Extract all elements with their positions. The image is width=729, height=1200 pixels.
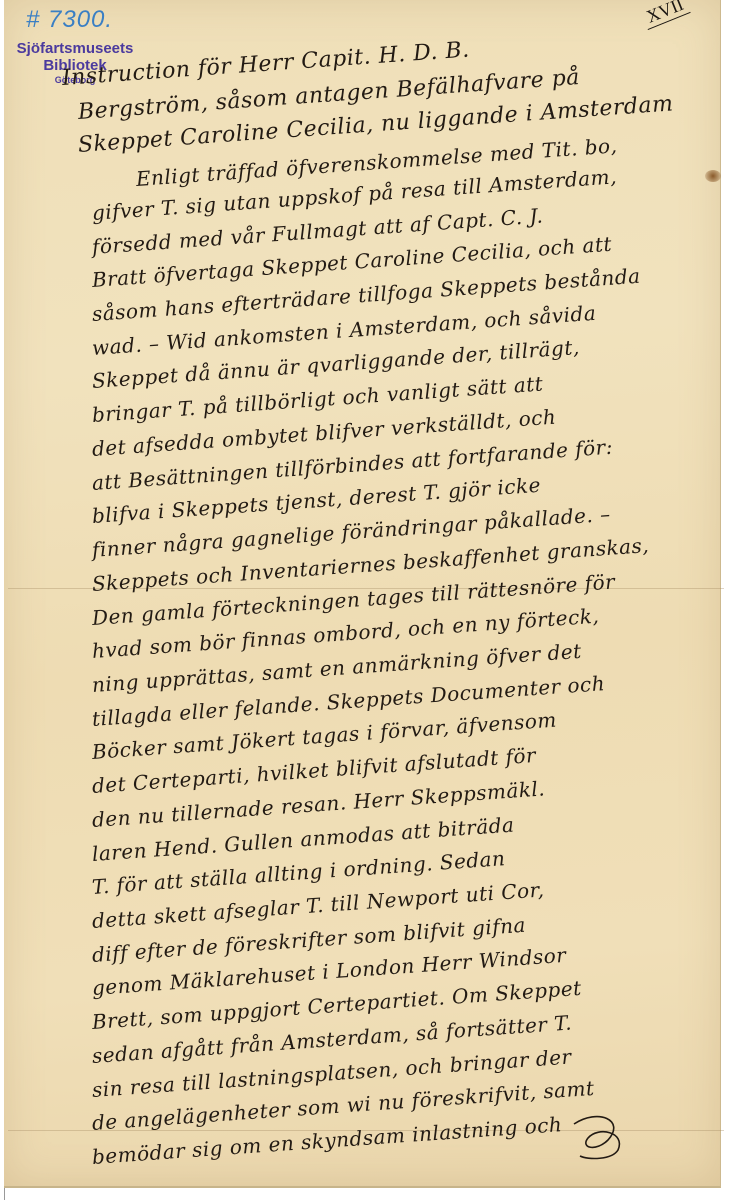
handwritten-text-block: Instruction för Herr Capit. H. D. B.Berg… — [0, 0, 729, 1200]
closing-flourish-icon — [568, 1112, 628, 1162]
